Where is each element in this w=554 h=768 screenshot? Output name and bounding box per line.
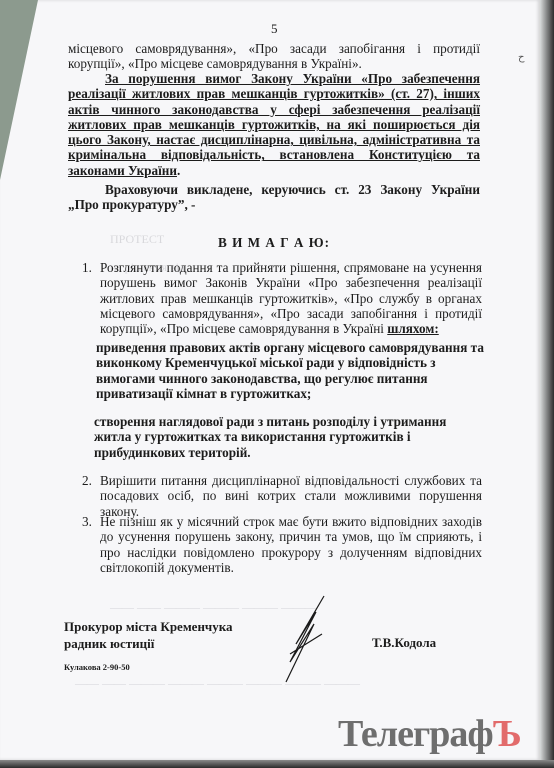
watermark-logo: ТелеграфЪ bbox=[338, 712, 521, 756]
demand-item-2: 2. Вирішити питання дисциплінарної відпо… bbox=[82, 473, 482, 519]
demand-item-1: 1. Розглянути подання та прийняти рішенн… bbox=[82, 260, 482, 336]
item-text: Вирішити питання дисциплінарної відповід… bbox=[100, 473, 482, 519]
item-number: 3. bbox=[82, 514, 100, 575]
paragraph-continuation: місцевого самоврядування», «Про засади з… bbox=[68, 41, 480, 72]
item-text: Не пізніш як у місячний строк має бути в… bbox=[100, 514, 482, 575]
document-page: ПРОТЕСТ на рішення від —— —— ——— ——— ———… bbox=[0, 0, 540, 760]
paragraph-grounds: Враховуючи викладене, керуючись ст. 23 З… bbox=[68, 182, 480, 213]
item-number: 1. bbox=[82, 260, 100, 336]
executor-contact: Кулакова 2-90-50 bbox=[64, 662, 130, 672]
item-emphasis: шляхом: bbox=[387, 321, 438, 336]
paragraph-liability: За порушення вимог Закону України «Про з… bbox=[68, 71, 480, 178]
heading-demand: В И М А Г А Ю: bbox=[68, 235, 480, 250]
demand-subitem-1: приведення правових актів органу місцево… bbox=[96, 340, 486, 401]
item-text: Розглянути подання та прийняти рішення, … bbox=[100, 260, 482, 336]
page-number: 5 bbox=[271, 21, 278, 37]
margin-mark: ﺡ bbox=[518, 52, 524, 63]
signatory-name: Т.В.Кодола bbox=[372, 634, 436, 651]
handwritten-signature-icon bbox=[276, 594, 336, 684]
scan-edge-right bbox=[540, 0, 554, 768]
demand-item-3: 3. Не пізніш як у місячний строк має бут… bbox=[82, 514, 482, 575]
folded-corner bbox=[0, 0, 38, 180]
signatory-position: Прокурор міста Кременчука радник юстиції bbox=[64, 618, 233, 652]
item-number: 2. bbox=[82, 473, 100, 519]
demand-subitem-2: створення наглядової ради з питань розпо… bbox=[94, 414, 484, 460]
liability-text: За порушення вимог Закону України «Про з… bbox=[68, 71, 480, 178]
scan-edge-bottom bbox=[0, 760, 554, 768]
